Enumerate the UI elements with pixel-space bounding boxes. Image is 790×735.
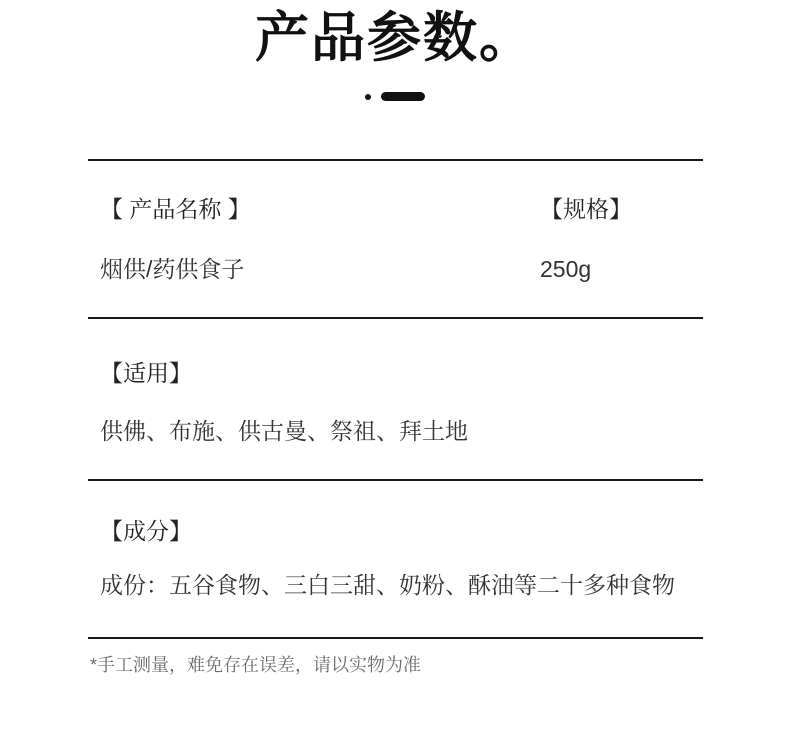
ingredients-label: 【成分】 bbox=[100, 515, 703, 547]
product-name-label: 【 产品名称 】 bbox=[100, 193, 540, 225]
title-accent-dot-icon bbox=[365, 94, 371, 100]
page-title: 产品参数。 bbox=[0, 0, 790, 68]
usage-value: 供佛、布施、供古曼、祭祖、拜土地 bbox=[100, 415, 703, 447]
spec-value: 250g bbox=[540, 253, 703, 285]
product-name-column: 【 产品名称 】 烟供/药供食子 bbox=[100, 193, 540, 285]
measurement-disclaimer: *手工测量，难免存在误差，请以实物为准 bbox=[88, 639, 703, 677]
section-ingredients: 【成分】 成份：五谷食物、三白三甜、奶粉、酥油等二十多种食物 bbox=[88, 481, 703, 637]
product-parameters-page: 产品参数。 【 产品名称 】 烟供/药供食子 【规格】 250g 【适用】 供佛… bbox=[0, 0, 790, 735]
title-accent-dash-icon bbox=[381, 92, 425, 101]
ingredients-value: 成份：五谷食物、三白三甜、奶粉、酥油等二十多种食物 bbox=[100, 569, 703, 601]
section-product-name-spec: 【 产品名称 】 烟供/药供食子 【规格】 250g bbox=[88, 161, 703, 317]
spec-content: 【 产品名称 】 烟供/药供食子 【规格】 250g 【适用】 供佛、布施、供古… bbox=[88, 159, 703, 677]
page-header: 产品参数。 bbox=[0, 0, 790, 101]
product-name-value: 烟供/药供食子 bbox=[100, 253, 540, 285]
spec-column: 【规格】 250g bbox=[540, 193, 703, 285]
spec-label: 【规格】 bbox=[540, 193, 703, 225]
title-accent bbox=[0, 92, 790, 101]
section-usage: 【适用】 供佛、布施、供古曼、祭祖、拜土地 bbox=[88, 319, 703, 479]
usage-label: 【适用】 bbox=[100, 357, 703, 389]
